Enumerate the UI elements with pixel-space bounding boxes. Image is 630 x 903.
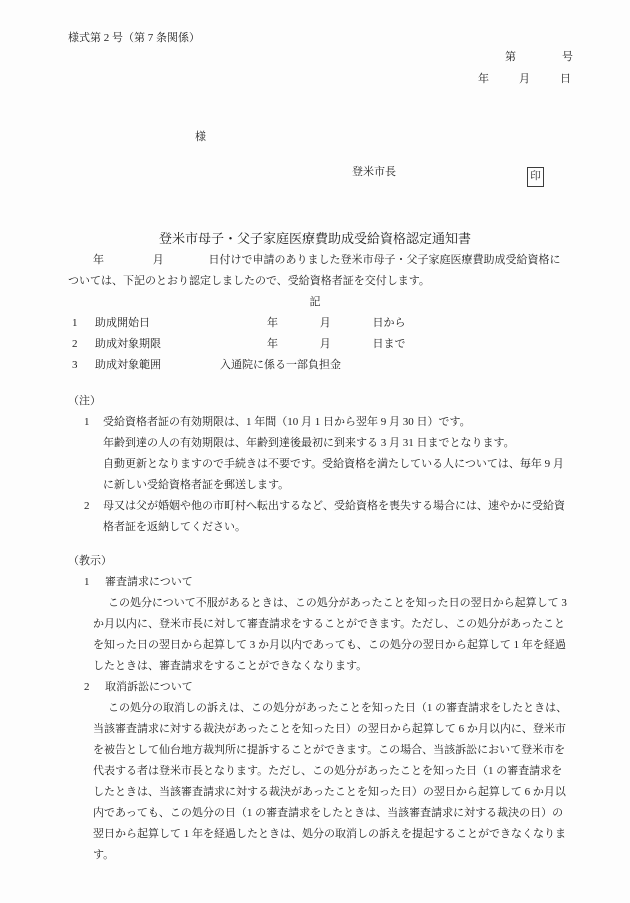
- doc-number-prefix: 第: [505, 47, 516, 68]
- item-value: 年 月 日から: [220, 313, 406, 334]
- item-number: 3: [72, 355, 95, 376]
- seal-box: 印: [527, 167, 544, 187]
- note-item: 1 受給資格者証の有効期限は、1 年間（10 月 1 日から翌年 9 月 30 …: [0, 412, 630, 496]
- note-text-line: 受給資格者証の有効期限は、1 年間（10 月 1 日から翌年 9 月 30 日）…: [103, 412, 564, 433]
- instruction-text-line: を被告として仙台地方裁判所に提訴することができます。この場合、当該訴訟において登…: [0, 740, 630, 761]
- item-number: 2: [72, 334, 95, 355]
- instruction-paragraph: この処分について不服があるときは、この処分があったことを知った日の翌日から起算し…: [0, 593, 630, 677]
- intro-text: 日付けで申請のありました登米市母子・父子家庭医療費助成受給資格に: [209, 254, 561, 266]
- item-label: 助成対象期限: [95, 334, 220, 355]
- recipient-honorific: 様: [195, 127, 206, 148]
- page-title: 登米市母子・父子家庭医療費助成受給資格認定通知書: [0, 228, 630, 250]
- summary-item-start-date: 1 助成開始日 年 月 日から: [0, 313, 630, 334]
- note-text: 受給資格者証の有効期限は、1 年間（10 月 1 日から翌年 9 月 30 日）…: [103, 412, 564, 496]
- document-body: 登米市母子・父子家庭医療費助成受給資格認定通知書 年 月 日付けで申請のありまし…: [0, 228, 630, 866]
- note-text-line: 年齢到達の人の有効期限は、年齢到達後最初に到来する 3 月 31 日までとなりま…: [103, 433, 564, 454]
- instruction-item-revocation-suit: 2 取消訴訟について この処分の取消しの訴えは、この処分があったことを知った日（…: [0, 677, 630, 866]
- item-value: 入通院に係る一部負担金: [220, 355, 341, 376]
- date-year-label: 年: [478, 69, 489, 90]
- instruction-item-review-request: 1 審査請求について この処分について不服があるときは、この処分があったことを知…: [0, 572, 630, 677]
- instruction-text-line: か月以内に、登米市長に対して審査請求をすることができます。ただし、この処分があっ…: [0, 614, 630, 635]
- date-day-label: 日: [560, 69, 571, 90]
- note-text-line: に新しい受給資格者証を郵送します。: [103, 475, 564, 496]
- instruction-text-line: 当該審査請求に対する裁決があったことを知った日）の翌日から起算して 6 か月以内…: [0, 719, 630, 740]
- doc-number-suffix: 号: [562, 47, 573, 68]
- instruction-title: 取消訴訟について: [105, 677, 193, 698]
- value-day-label: 日まで: [373, 338, 406, 350]
- value-year-label: 年: [267, 317, 278, 329]
- intro-month-label: 月: [153, 254, 164, 266]
- item-value: 年 月 日まで: [220, 334, 406, 355]
- intro-line-2: ついては、下記のとおり認定しましたので、受給資格者証を交付します。: [0, 271, 630, 292]
- note-text: 母又は父が婚姻や他の市町村へ転出するなど、受給資格を喪失する場合には、速やかに受…: [103, 496, 565, 538]
- item-label: 助成対象範囲: [95, 355, 220, 376]
- intro-year-label: 年: [93, 254, 104, 266]
- instruction-number: 1: [84, 572, 105, 593]
- value-year-label: 年: [267, 338, 278, 350]
- note-item: 2 母又は父が婚姻や他の市町村へ転出するなど、受給資格を喪失する場合には、速やか…: [0, 496, 630, 538]
- instructions-heading: （教示）: [0, 551, 630, 572]
- date-month-label: 月: [519, 69, 530, 90]
- section-marker-ki: 記: [0, 292, 630, 313]
- document-number-line: 第 号: [505, 47, 573, 68]
- note-number: 1: [84, 412, 103, 496]
- summary-item-scope: 3 助成対象範囲 入通院に係る一部負担金: [0, 355, 630, 376]
- instruction-text-line: 翌日から起算して 1 年を経過したときは、処分の取消しの訴えを提起することができ…: [0, 824, 630, 845]
- note-text-line: 自動更新となりますので手続きは不要です。受給資格を満たしている人については、毎年…: [103, 454, 564, 475]
- item-number: 1: [72, 313, 95, 334]
- note-text-line: 格者証を返納してください。: [103, 517, 565, 538]
- instruction-text-line: したときは、当該審査請求に対する裁決があったことを知った日）の翌日から起算して …: [0, 782, 630, 803]
- document-date-line: 年 月 日: [478, 69, 571, 90]
- item-label: 助成開始日: [95, 313, 220, 334]
- value-month-label: 月: [320, 338, 331, 350]
- summary-item-end-date: 2 助成対象期限 年 月 日まで: [0, 334, 630, 355]
- instruction-text-line: 内であっても、この処分の日（1 の審査請求をしたときは、当該審査請求に対する裁決…: [0, 803, 630, 824]
- value-day-label: 日から: [373, 317, 406, 329]
- instruction-title: 審査請求について: [105, 572, 193, 593]
- instruction-paragraph: この処分の取消しの訴えは、この処分があったことを知った日（1 の審査請求をしたと…: [0, 698, 630, 866]
- instruction-text-line: したときは、審査請求をすることができなくなります。: [0, 656, 630, 677]
- form-number: 様式第 2 号（第 7 条関係）: [68, 28, 200, 49]
- instruction-text-line: 代表する者は登米市長となります。ただし、この処分があったことを知った日（1 の審…: [0, 761, 630, 782]
- notes-heading: （注）: [0, 391, 630, 412]
- instruction-text-line: この処分について不服があるときは、この処分があったことを知った日の翌日から起算し…: [0, 593, 630, 614]
- instruction-number: 2: [84, 677, 105, 698]
- note-number: 2: [84, 496, 103, 538]
- document-page: 様式第 2 号（第 7 条関係） 第 号 年 月 日 様 登米市長 印 登米市母…: [0, 0, 630, 903]
- note-text-line: 母又は父が婚姻や他の市町村へ転出するなど、受給資格を喪失する場合には、速やかに受…: [103, 496, 565, 517]
- instruction-text-line: を知った日の翌日から起算して 3 か月以内であっても、この処分の翌日から起算して…: [0, 635, 630, 656]
- sender-title: 登米市長: [352, 162, 396, 183]
- value-month-label: 月: [320, 317, 331, 329]
- instruction-text-line: この処分の取消しの訴えは、この処分があったことを知った日（1 の審査請求をしたと…: [0, 698, 630, 719]
- intro-line-1: 年 月 日付けで申請のありました登米市母子・父子家庭医療費助成受給資格に: [0, 250, 630, 271]
- instruction-text-line: す。: [0, 845, 630, 866]
